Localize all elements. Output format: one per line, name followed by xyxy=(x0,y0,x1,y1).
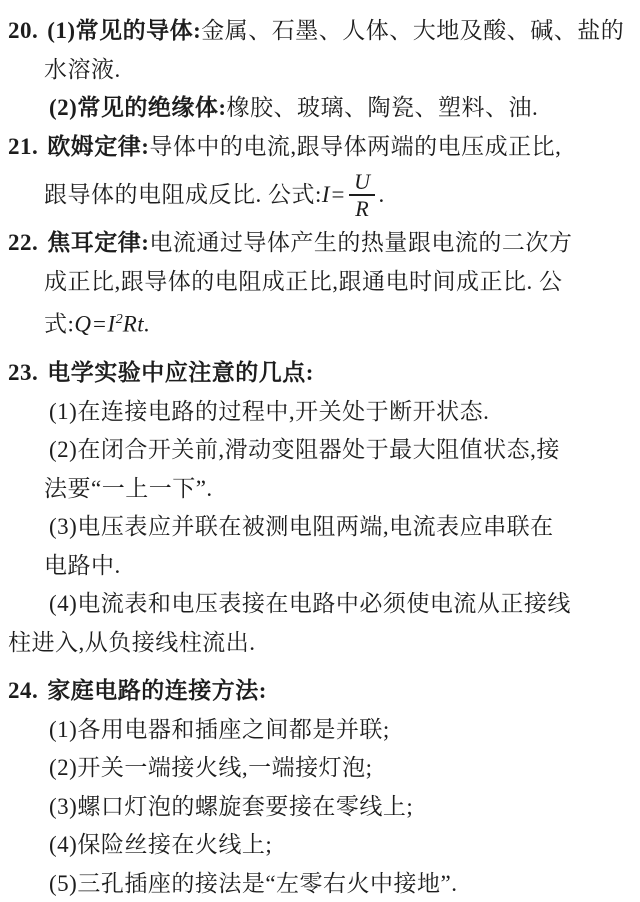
item-label: 欧姆定律: xyxy=(47,134,149,159)
item-number: 22. xyxy=(8,230,38,255)
line-text: (1)在连接电路的过程中,开关处于断开状态. xyxy=(49,399,489,424)
line-joules-law-formula: 式:Q=I2Rt. xyxy=(0,301,640,344)
line-experiment-point-2: (2)在闭合开关前,滑动变阻器处于最大阻值状态,接 xyxy=(0,431,640,470)
line-text: (3)螺口灯泡的螺旋套要接在零线上; xyxy=(49,794,413,819)
line-text: 电路中. xyxy=(44,553,121,578)
line-text: (1)各用电器和插座之间都是并联; xyxy=(49,717,390,742)
line-household-point-1: (1)各用电器和插座之间都是并联; xyxy=(0,711,640,750)
item-number: 20. xyxy=(8,18,38,43)
fraction-u-over-r: UR xyxy=(349,169,375,222)
item-label: (1)常见的导体: xyxy=(47,18,201,43)
line-ohms-law-heading: 21.欧姆定律:导体中的电流,跟导体两端的电压成正比, xyxy=(0,128,640,167)
line-text: (2)在闭合开关前,滑动变阻器处于最大阻值状态,接 xyxy=(49,437,560,462)
line-household-point-4: (4)保险丝接在火线上; xyxy=(0,826,640,865)
item-label: 焦耳定律: xyxy=(47,230,149,255)
line-conductors-heading: 20.(1)常见的导体:金属、石墨、人体、大地及酸、碱、盐的 xyxy=(0,12,640,51)
line-text: 导体中的电流,跟导体两端的电压成正比, xyxy=(149,134,561,159)
item-number: 23. xyxy=(8,360,38,385)
line-experiment-point-3: (3)电压表应并联在被测电阻两端,电流表应串联在 xyxy=(0,508,640,547)
item-number: 21. xyxy=(8,134,38,159)
line-text: (2)开关一端接火线,一端接灯泡; xyxy=(49,755,372,780)
line-text: (4)电流表和电压表接在电路中必须使电流从正接线 xyxy=(49,591,571,616)
line-text: 跟导体的电阻成反比. 公式: xyxy=(44,176,322,215)
line-text: 电流通过导体产生的热量跟电流的二次方 xyxy=(149,230,572,255)
line-text: 法要“一上一下”. xyxy=(44,476,213,501)
item-label: 家庭电路的连接方法: xyxy=(47,678,267,703)
line-text: 橡胶、玻璃、陶瓷、塑料、油. xyxy=(226,95,538,120)
line-text: (5)三孔插座的接法是“左零右火中接地”. xyxy=(49,871,458,896)
line-experiment-heading: 23.电学实验中应注意的几点: xyxy=(0,354,640,393)
line-household-heading: 24.家庭电路的连接方法: xyxy=(0,672,640,711)
item-label: (2)常见的绝缘体: xyxy=(49,95,226,120)
math-expression: I= xyxy=(322,176,346,215)
line-text: (3)电压表应并联在被测电阻两端,电流表应串联在 xyxy=(49,514,554,539)
line-household-point-2: (2)开关一端接火线,一端接灯泡; xyxy=(0,749,640,788)
line-text: . xyxy=(378,176,384,215)
line-text: 式: xyxy=(44,312,74,337)
line-experiment-point-4-cont: 柱进入,从负接线柱流出. xyxy=(0,624,640,663)
line-text: 成正比,跟导体的电阻成正比,跟通电时间成正比. 公 xyxy=(44,269,563,294)
notes-page: 20.(1)常见的导体:金属、石墨、人体、大地及酸、碱、盐的 水溶液. (2)常… xyxy=(0,0,640,902)
math-expression: Rt. xyxy=(123,312,151,337)
line-experiment-point-3-cont: 电路中. xyxy=(0,547,640,586)
line-text: 金属、石墨、人体、大地及酸、碱、盐的 xyxy=(201,18,624,43)
line-text: 柱进入,从负接线柱流出. xyxy=(8,630,256,655)
fraction-numerator: U xyxy=(349,169,375,196)
math-expression: Q=I xyxy=(74,312,115,337)
line-household-point-3: (3)螺口灯泡的螺旋套要接在零线上; xyxy=(0,788,640,827)
line-household-point-5: (5)三孔插座的接法是“左零右火中接地”. xyxy=(0,865,640,902)
line-joules-law-cont: 成正比,跟导体的电阻成正比,跟通电时间成正比. 公 xyxy=(0,263,640,302)
line-experiment-point-1: (1)在连接电路的过程中,开关处于断开状态. xyxy=(0,393,640,432)
superscript: 2 xyxy=(116,312,123,327)
line-experiment-point-2-cont: 法要“一上一下”. xyxy=(0,470,640,509)
line-text: 水溶液. xyxy=(44,57,121,82)
fraction-denominator: R xyxy=(353,196,371,221)
line-experiment-point-4: (4)电流表和电压表接在电路中必须使电流从正接线 xyxy=(0,585,640,624)
line-conductors-cont: 水溶液. xyxy=(0,51,640,90)
item-label: 电学实验中应注意的几点: xyxy=(47,360,314,385)
line-ohms-law-formula: 跟导体的电阻成反比. 公式:I=UR. xyxy=(0,166,640,224)
line-joules-law-heading: 22.焦耳定律:电流通过导体产生的热量跟电流的二次方 xyxy=(0,224,640,263)
line-text: (4)保险丝接在火线上; xyxy=(49,832,272,857)
item-number: 24. xyxy=(8,678,38,703)
line-insulators: (2)常见的绝缘体:橡胶、玻璃、陶瓷、塑料、油. xyxy=(0,89,640,128)
